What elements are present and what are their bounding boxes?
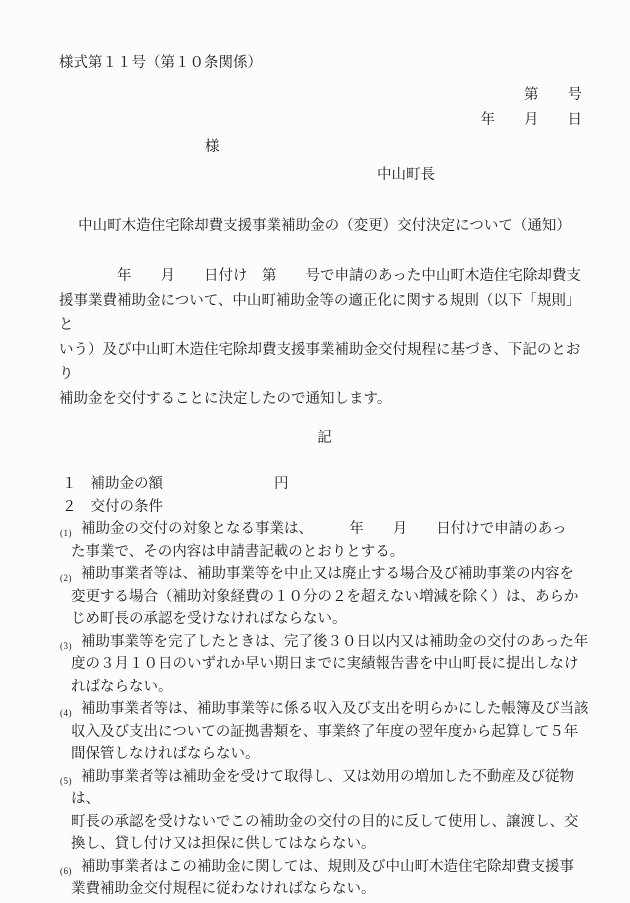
condition-text-2: 補助事業者等は、補助事業等を中止又は廃止する場合及び補助事業の内容を 変更する場… (71, 566, 579, 627)
record-marker: 記 (59, 427, 590, 449)
condition-text-1: 補助金の交付の対象となる事業は、 年 月 日付けで申請のあっ た事業で、その内容… (71, 521, 567, 560)
condition-text-4: 補助事業者等は、補助事業等に係る収入及び支出を明らかにした帳簿及び当該 収入及び… (71, 701, 589, 762)
addressee-line: 様 (205, 137, 590, 157)
condition-item-4: (4)補助事業者等は、補助事業等に係る収入及び支出を明らかにした帳簿及び当該 収… (59, 698, 590, 766)
condition-item-1: (1)補助金の交付の対象となる事業は、 年 月 日付けで申請のあっ た事業で、そ… (59, 518, 590, 563)
body-paragraph: 年 月 日付け 第 号で申請のあった中山町木造住宅除却費支 援事業費補助金につい… (59, 264, 590, 411)
conditions-list: (1)補助金の交付の対象となる事業は、 年 月 日付けで申請のあっ た事業で、そ… (59, 518, 590, 901)
document-content: 様式第１１号（第１０条関係） 第 号 年 月 日 様 中山町長 中山町木造住宅除… (0, 0, 630, 901)
amount-item-label: 補助金の額 (91, 476, 164, 492)
condition-marker-5: (5) (60, 770, 72, 793)
condition-item-3: (3)補助事業等を完了したときは、完了後３０日以内又は補助金の交付のあった年 度… (59, 631, 590, 699)
condition-marker-6: (6) (60, 860, 72, 883)
amount-unit-label: 円 (274, 476, 289, 492)
condition-item-2: (2)補助事業者等は、補助事業等を中止又は廃止する場合及び補助事業の内容を 変更… (59, 563, 590, 631)
condition-text-6: 補助事業者はこの補助金に関しては、規則及び中山町木造住宅除却費支援事 業費補助金… (71, 859, 574, 898)
amount-item: １補助金の額円 (59, 473, 590, 496)
document-title: 中山町木造住宅除却費支援事業補助金の（変更）交付決定について（通知） (59, 216, 590, 236)
conditions-heading-number: ２ (62, 499, 77, 515)
sender-name: 中山町長 (377, 165, 590, 185)
condition-item-5: (5)補助事業者等は補助金を受けて取得し、又は効用の増加した不動産及び従物は、 … (59, 766, 590, 856)
conditions-heading-label: 交付の条件 (91, 499, 164, 515)
document-page: 様式第１１号（第１０条関係） 第 号 年 月 日 様 中山町長 中山町木造住宅除… (0, 0, 630, 903)
condition-text-3: 補助事業等を完了したときは、完了後３０日以内又は補助金の交付のあった年 度の３月… (71, 634, 588, 695)
condition-marker-3: (3) (60, 635, 72, 658)
condition-marker-4: (4) (60, 702, 72, 725)
condition-marker-1: (1) (60, 522, 72, 545)
document-number-line: 第 号 (59, 85, 590, 105)
condition-text-5: 補助事業者等は補助金を受けて取得し、又は効用の増加した不動産及び従物は、 町長の… (71, 769, 579, 853)
amount-item-number: １ (62, 476, 77, 492)
condition-marker-2: (2) (60, 567, 72, 590)
date-line: 年 月 日 (59, 110, 590, 130)
conditions-heading: ２交付の条件 (59, 496, 590, 519)
form-number: 様式第１１号（第１０条関係） (59, 53, 590, 73)
condition-item-6: (6)補助事業者はこの補助金に関しては、規則及び中山町木造住宅除却費支援事 業費… (59, 856, 590, 901)
